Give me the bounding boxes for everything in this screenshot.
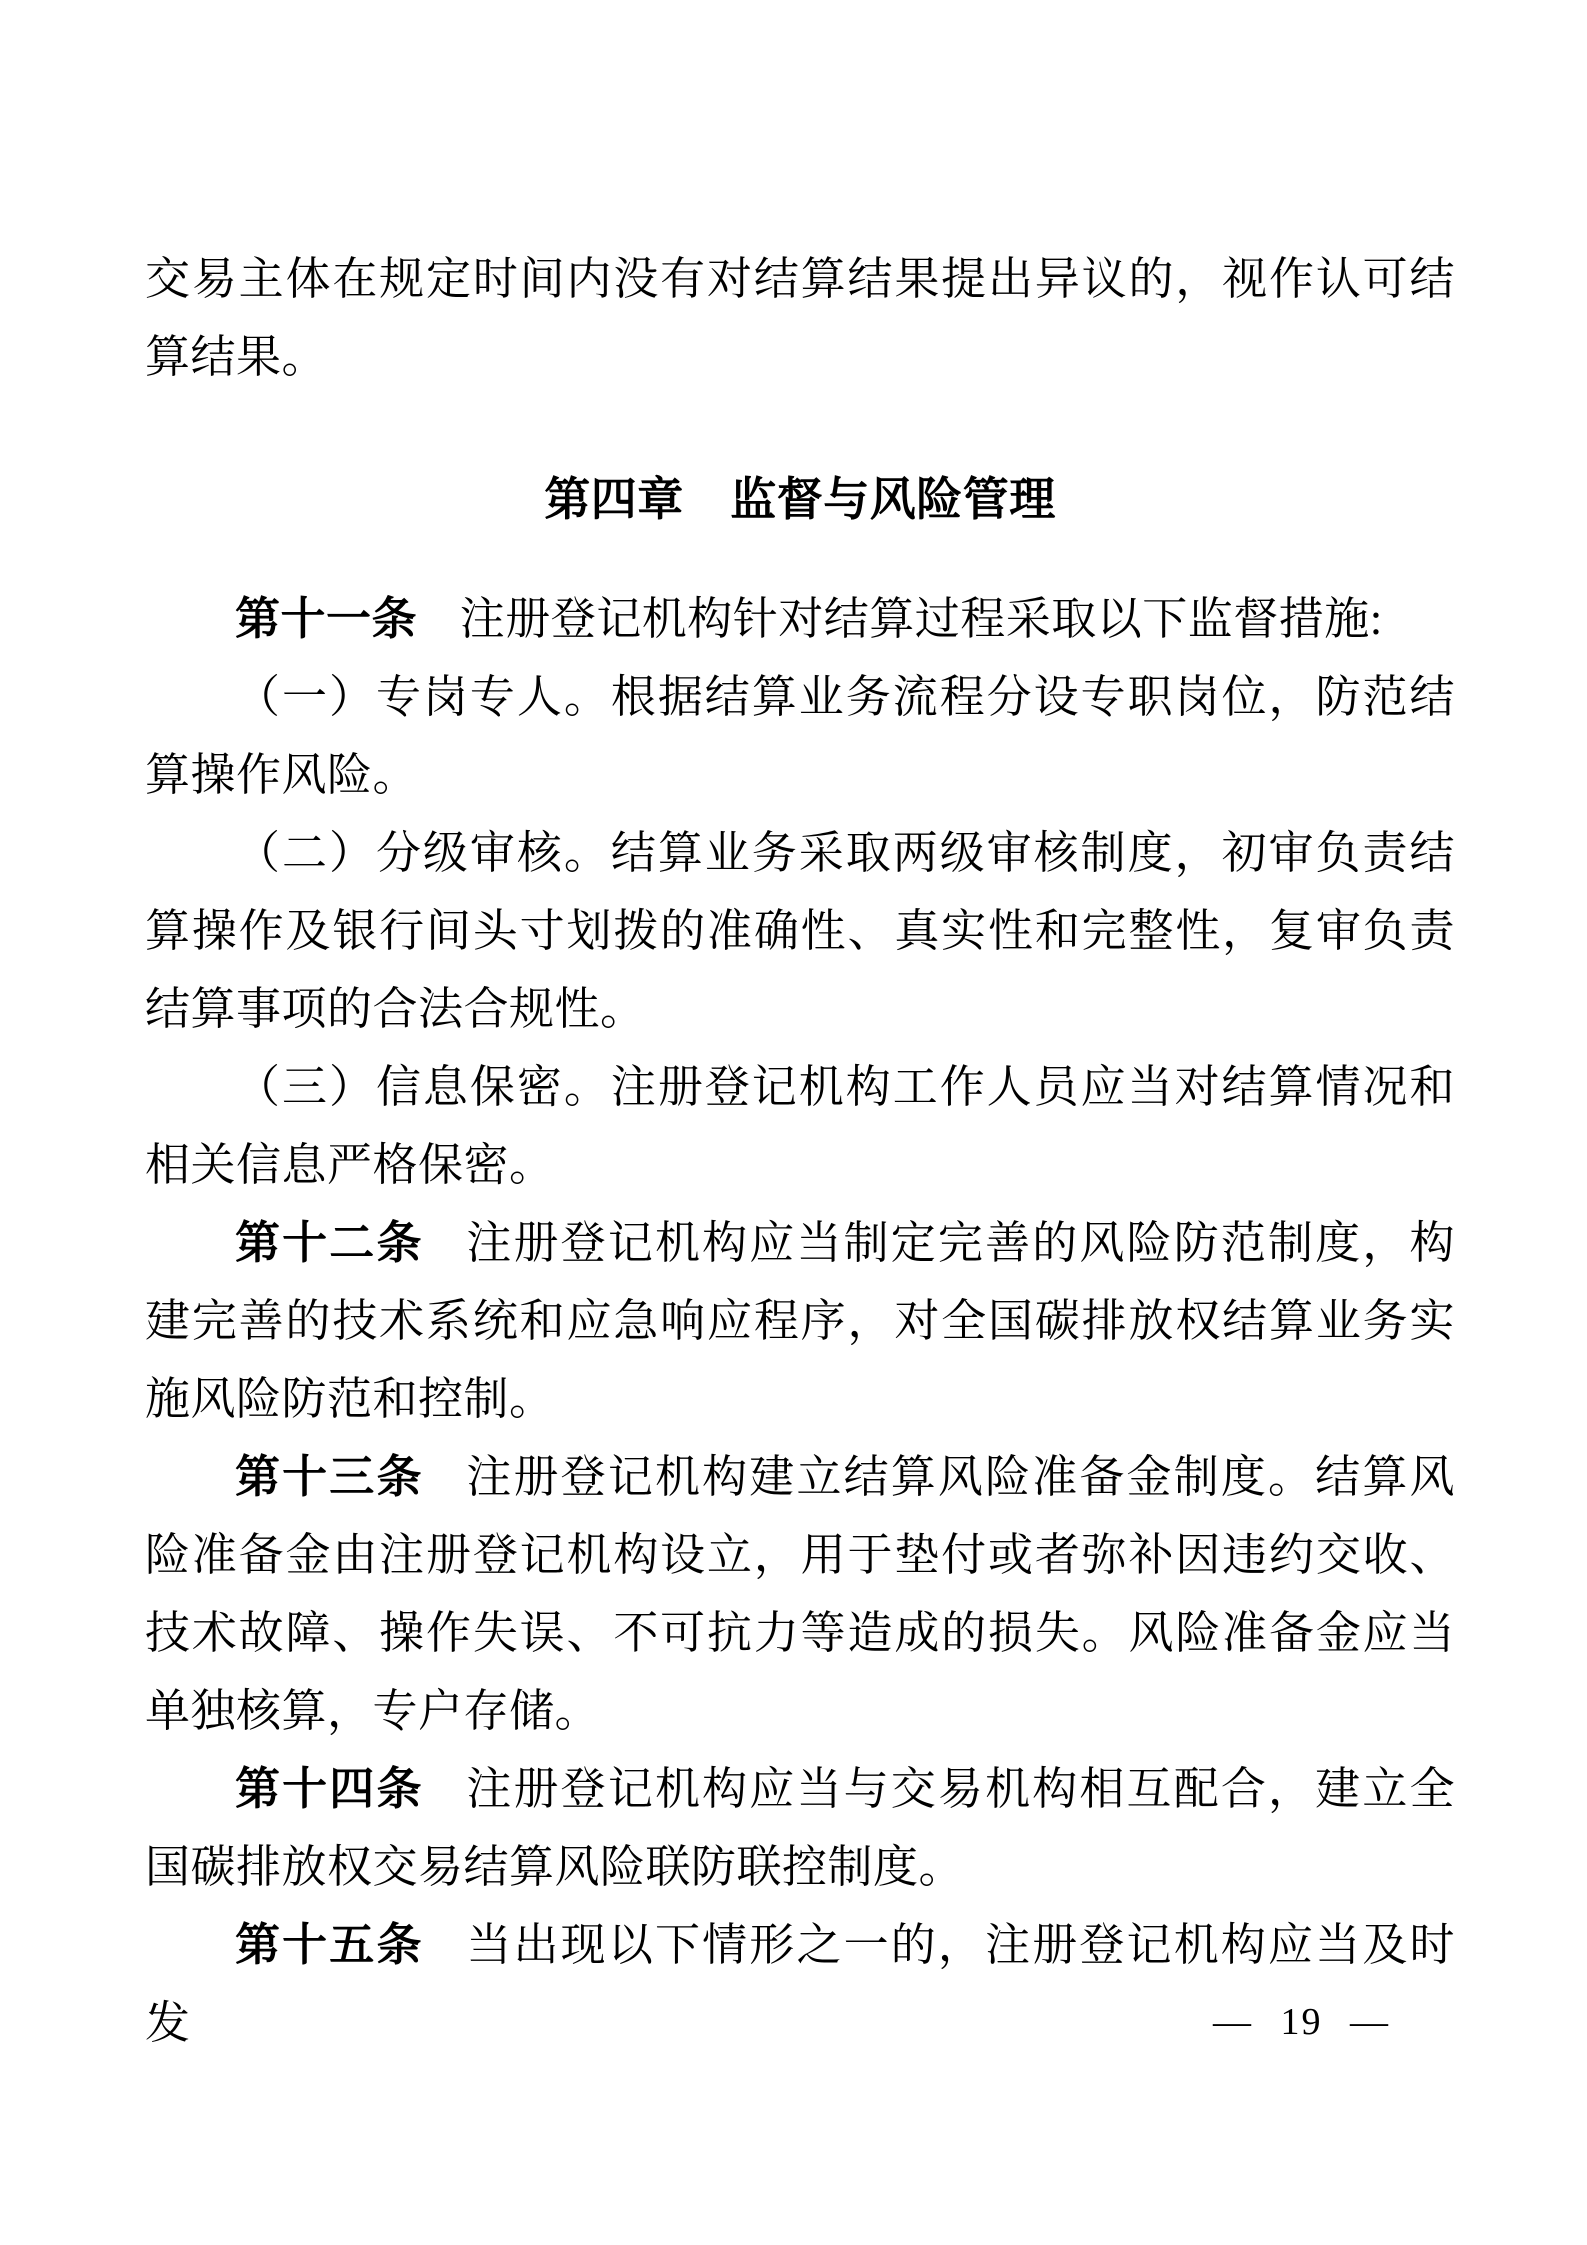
paragraph-continuation: 交易主体在规定时间内没有对结算结果提出异议的，视作认可结算结果。 [145, 240, 1455, 396]
document-page: 交易主体在规定时间内没有对结算结果提出异议的，视作认可结算结果。 第四章 监督与… [0, 0, 1587, 2245]
article-11-item-3: （三）信息保密。注册登记机构工作人员应当对结算情况和相关信息严格保密。 [145, 1048, 1455, 1204]
document-body: 交易主体在规定时间内没有对结算结果提出异议的，视作认可结算结果。 第四章 监督与… [145, 240, 1455, 2062]
article-12-label: 第十二条 [235, 1217, 424, 1268]
article-15-label: 第十五条 [235, 1919, 424, 1970]
article-11-label: 第十一条 [235, 593, 417, 644]
chapter-heading: 第四章 监督与风险管理 [145, 460, 1455, 538]
article-12: 第十二条注册登记机构应当制定完善的风险防范制度，构建完善的技术系统和应急响应程序… [145, 1204, 1455, 1438]
article-13-label: 第十三条 [235, 1451, 424, 1502]
page-number: — 19 — [1213, 2000, 1390, 2044]
article-13: 第十三条注册登记机构建立结算风险准备金制度。结算风险准备金由注册登记机构设立，用… [145, 1438, 1455, 1750]
article-14: 第十四条注册登记机构应当与交易机构相互配合，建立全国碳排放权交易结算风险联防联控… [145, 1750, 1455, 1906]
article-14-label: 第十四条 [235, 1763, 424, 1814]
article-11-text: 注册登记机构针对结算过程采取以下监督措施: [460, 594, 1383, 644]
article-11-item-1: （一）专岗专人。根据结算业务流程分设专职岗位，防范结算操作风险。 [145, 658, 1455, 814]
article-11: 第十一条注册登记机构针对结算过程采取以下监督措施: [145, 580, 1455, 658]
article-11-item-2: （二）分级审核。结算业务采取两级审核制度，初审负责结算操作及银行间头寸划拨的准确… [145, 814, 1455, 1048]
